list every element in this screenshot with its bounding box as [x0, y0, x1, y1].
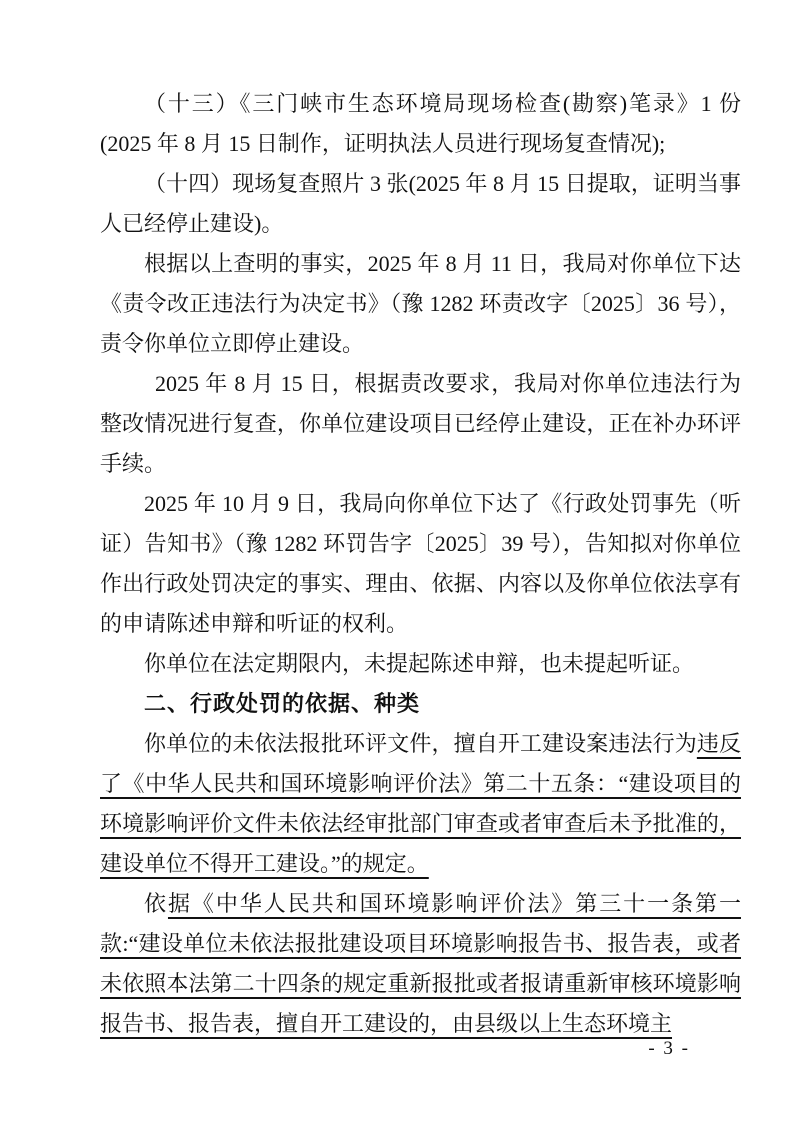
paragraph: 根据以上查明的事实，2025 年 8 月 11 日，我局对你单位下达《责令改正违…	[100, 244, 741, 364]
text-run: 二、行政处罚的依据、种类	[144, 691, 420, 716]
page-footer: - 3 -	[648, 1036, 690, 1062]
paragraph: （十三）《三门峡市生态环境局现场检查(勘察)笔录》1 份(2025 年 8 月 …	[100, 84, 741, 164]
text-run: 你单位的未依法报批环评文件，擅自开工建设案违法行为	[144, 731, 697, 756]
paragraph: 你单位在法定期限内，未提起陈述申辩，也未提起听证。	[100, 644, 741, 684]
paragraph: 依据《中华人民共和国环境影响评价法》第三十一条第一款:“建设单位未依法报批建设项…	[100, 884, 741, 1044]
text-run: （十三）《三门峡市生态环境局现场检查(勘察)笔录》1 份(2025 年 8 月 …	[100, 91, 741, 156]
text-run: 2025 年 8 月 15 日，根据责改要求，我局对你单位违法行为整改情况进行复…	[100, 371, 741, 476]
underlined-text: 据《中华人民共和国环境影响评价法》第三十一条第一款:“建设单位未依法报批建设项目…	[100, 891, 741, 1036]
page-number: - 3 -	[648, 1038, 690, 1059]
paragraph: （十四）现场复查照片 3 张(2025 年 8 月 15 日提取，证明当事人已经…	[100, 164, 741, 244]
text-run: 2025 年 10 月 9 日，我局向你单位下达了《行政处罚事先（听证）告知书》…	[100, 491, 741, 636]
section-heading: 二、行政处罚的依据、种类	[100, 684, 741, 724]
text-run: 你单位在法定期限内，未提起陈述申辩，也未提起听证。	[144, 651, 694, 676]
text-run: （十四）现场复查照片 3 张(2025 年 8 月 15 日提取，证明当事人已经…	[100, 171, 741, 236]
document-body: （十三）《三门峡市生态环境局现场检查(勘察)笔录》1 份(2025 年 8 月 …	[100, 84, 741, 1044]
paragraph: 2025 年 8 月 15 日，根据责改要求，我局对你单位违法行为整改情况进行复…	[100, 364, 741, 484]
text-run: 根据以上查明的事实，2025 年 8 月 11 日，我局对你单位下达《责令改正违…	[100, 251, 741, 356]
text-run: 依	[144, 891, 168, 916]
document-page: （十三）《三门峡市生态环境局现场检查(勘察)笔录》1 份(2025 年 8 月 …	[0, 0, 793, 1122]
paragraph: 你单位的未依法报批环评文件，擅自开工建设案违法行为违反了《中华人民共和国环境影响…	[100, 724, 741, 884]
paragraph: 2025 年 10 月 9 日，我局向你单位下达了《行政处罚事先（听证）告知书》…	[100, 484, 741, 644]
